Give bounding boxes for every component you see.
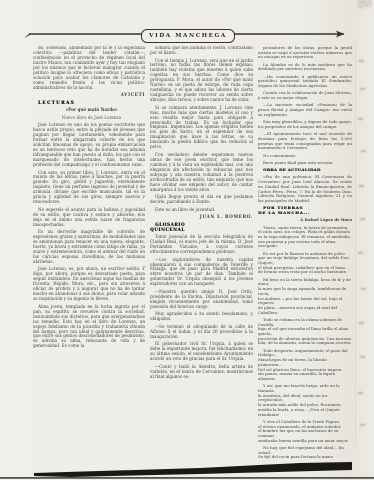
paragraph: Alma joven, templada en la lucha ingrata… [33,305,145,350]
news-item: —Los exploradores de nuestra capital obs… [150,258,253,288]
page-edge-mark [358,392,363,394]
headline-line: DE LA MANCHA... [258,210,310,215]
masthead-text: VIDA MANCHEGA [149,33,227,39]
headline-por-tierras-de-la-mancha: POR TIERRASDE LA MANCHA... [258,206,352,215]
headline-line: QUINCENAL [150,227,185,232]
poem-stanza: No hay, que fiel espejismo del ideal... … [258,446,352,460]
poem-stanza: Todo se esfuma en la calma solemne de Ca… [258,318,352,346]
news-item: Son muy plausibles, y dignos de todo apo… [258,120,352,129]
page-edge-mark [358,118,363,120]
poem-stanza: Es ver por la llanura la andanza de polv… [258,252,352,276]
paragraph: Si se compara atentamente, J. Lorenzo va… [150,106,253,151]
book-advert-paragraph: «Fin de una polémica: El Centenario de C… [258,175,352,203]
poem-stanza: Todo despierta, augustamente, el paso de… [258,349,352,382]
column-left: do, sostenido, alimentado por la fe y la… [33,46,145,458]
paragraph: José Lorenzo es uno de los poetas escrit… [33,123,145,168]
paragraph: Este es un libro de juventud. [150,208,253,213]
paragraph: do, sostenido, alimentado por la fe y la… [33,46,145,91]
page-edge-mark [360,88,365,90]
news-item: —Nuestro querido amigo D. José Ortiz, pr… [150,290,253,310]
page-edge-mark [361,288,366,290]
news-item: La Alondra es de lo más modesto que ha d… [258,63,352,72]
paragraph: Con el tiempo J. Lorenzo, verá que en el… [150,59,253,104]
headline-glosario-quincenal: GLOSARIOQUINCENAL [150,223,253,233]
paragraph: José Lorenzo, es, por ahora, un escritor… [33,267,145,302]
news-item: Cuenta con la colaboración de Juan Moren… [258,91,352,100]
page-edge-mark [361,150,366,152]
page-edge-mark [359,322,364,324]
news-item: pectadores de las obras, porque la genti… [258,46,352,60]
corner-ink-smudge: 253 [356,0,371,11]
article-signature: JUAN L. ROMERO. [150,215,253,220]
headline-obra-de-actualidad: OBRA DE ACTUALIDAD [258,168,352,173]
book-author-subtitle: Nuevo libro de José Lorenzo [33,116,145,121]
news-item: No comentamos. [258,154,352,159]
poem-stanza: Tierra, santa tierra, la tierra de promi… [258,226,352,250]
paragraph: Es un derroche inagotable de colorido, d… [33,230,145,265]
news-item: Muy agradecidos á su atento besalamano, … [150,312,253,322]
headline-lecturas: LECTURAS [33,101,145,106]
news-item: —El Ayuntamiento tuvo el mal acuerdo de … [258,132,352,151]
news-item: —La naciente sociedad «Fomento de la pes… [258,103,352,117]
paragraph: Ojalá llegue pronto el día en que podamo… [150,195,253,205]
page-edge-mark [359,185,364,187]
column-middle: sombra que nos ilumina el rostro, contra… [150,46,253,458]
poem-dedication-byline: Á Rafael López de Haro [258,218,352,223]
masthead-title: VIDA MANCHEGA [141,29,235,43]
news-item: —Se terminó el adoquinado de la calle de… [150,325,253,340]
news-item: —Ha comenzado á publicarse un nuevo peri… [258,75,352,89]
news-item: —Cantó y bailó la Alondra, bella artista… [150,365,253,380]
poem-stanza: Y viva el Caballero de la Triste Figura,… [258,420,352,444]
page-edge-line [355,42,356,444]
article-signature: AVICETI [33,93,145,98]
paragraph: Con verdadero deleite esperamos nuevas o… [150,153,253,193]
paragraph: sombra que nos ilumina el rostro, contra… [150,46,253,56]
news-item: El gobernador civil Sr. Urquía, á quien … [150,342,253,362]
poem-stanza: Y así, que me lancéis luego, arde en la … [258,384,352,417]
column-right: pectadores de las obras, porque la genti… [258,46,352,460]
news-item: Buen punto final para esta sección. [258,161,352,166]
paragraph: No esperéis el asunto para la belleza y … [33,208,145,228]
book-title-subtitle: «Por qué mató Nardo» [33,108,145,113]
paragraph: Con esto, su primer libro, J. Lorenzo, e… [33,171,145,206]
page-edge-mark [359,60,364,62]
page-edge-mark [358,252,363,254]
page-edge-mark [360,218,365,220]
page-edge-mark [360,356,365,358]
poem-stanza: Mi beso en la tierra hidalga, beso de fe… [258,278,352,316]
page-edge-mark [360,424,365,426]
news-item: Tomó posesión de la sección telegráfica … [150,235,253,255]
scanned-newspaper-page: VIDA MANCHEGA 253 do, sostenido, aliment… [0,0,374,480]
